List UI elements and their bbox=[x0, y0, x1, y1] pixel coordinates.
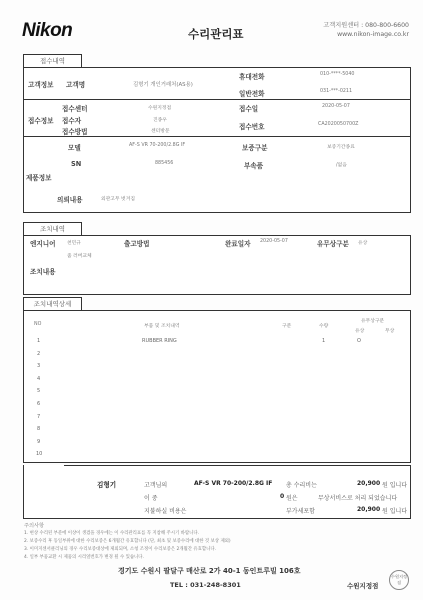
center-value: 수원지정점 bbox=[148, 104, 171, 111]
footer-tel: TEL : 031-248-8301 bbox=[170, 581, 241, 589]
divider bbox=[24, 99, 410, 100]
col-paid-group: 유무상구분 bbox=[361, 317, 384, 324]
reception-box: 고객정보 고객명 김형기 개인거래처(AS용) 휴대전화 010-****-50… bbox=[23, 67, 411, 213]
accessory-label: 부속품 bbox=[244, 160, 263, 170]
note-item: 2. 보증수리 후 동일부위에 대한 수리보증은 6개월간 유효합니다 (단, … bbox=[24, 538, 231, 546]
vat-label: 부가세포함 bbox=[286, 506, 315, 515]
free-unit: 원은 bbox=[286, 493, 298, 502]
tab-reception: 접수내역 bbox=[23, 54, 82, 67]
phone-value: 031-***-0211 bbox=[320, 89, 352, 94]
row-no: 8 bbox=[37, 426, 40, 432]
intake-date-label: 접수일 bbox=[239, 103, 258, 113]
engineer-value: 천민규 bbox=[67, 239, 81, 246]
action-box: 엔지니어 천민규 출고방법 완료일자 2020-05-07 유무상구분 유상 줌… bbox=[23, 235, 411, 295]
action-detail-label: 조치내용 bbox=[30, 266, 55, 276]
total-value: 20,900 bbox=[357, 480, 380, 487]
model-label: 모델 bbox=[68, 142, 81, 152]
sn-value: 885456 bbox=[155, 161, 173, 166]
receiver-label: 접수자 bbox=[62, 115, 81, 125]
row-qty: 1 bbox=[322, 338, 325, 344]
complete-date-label: 완료일자 bbox=[225, 238, 250, 248]
paid-type-label: 유무상구분 bbox=[317, 238, 349, 248]
divider bbox=[24, 136, 410, 137]
sn-label: SN bbox=[71, 160, 81, 168]
col-qty: 수량 bbox=[319, 322, 328, 329]
billing-prefix: 고객님의 bbox=[144, 480, 167, 489]
website-link[interactable]: www.nikon-image.co.kr bbox=[323, 30, 409, 39]
customer-name-value: 김형기 개인거래처(AS용) bbox=[133, 80, 193, 88]
support-phone: 고객지원센터 : 080-800-6600 bbox=[323, 21, 409, 30]
billing-model: AF-S VR 70-200/2.8G IF bbox=[194, 480, 272, 487]
shipping-label: 출고방법 bbox=[124, 238, 149, 248]
billing-box: 김형기 고객님의 AF-S VR 70-200/2.8G IF 총 수리비는 2… bbox=[23, 465, 411, 519]
row-no: 1 bbox=[37, 338, 40, 344]
mobile-value: 010-****-5040 bbox=[320, 72, 354, 77]
row-no: 3 bbox=[37, 363, 40, 369]
col-paid: 유상 bbox=[355, 327, 364, 334]
engineer-label: 엔지니어 bbox=[30, 238, 55, 248]
complete-date-value: 2020-05-07 bbox=[260, 239, 288, 244]
receiver-value: 진종우 bbox=[153, 116, 167, 123]
row-no: 4 bbox=[37, 376, 40, 382]
col-category: 구분 bbox=[282, 322, 291, 329]
row-no: 7 bbox=[37, 414, 40, 420]
accessory-value: /없음 bbox=[336, 161, 347, 168]
payable-value: 20,900 bbox=[357, 506, 380, 513]
intake-number-label: 접수번호 bbox=[239, 121, 264, 131]
request-label: 의뢰내용 bbox=[57, 194, 82, 204]
free-amount: 0 bbox=[280, 493, 284, 500]
footer-address: 경기도 수원시 팔달구 매산로 2가 40-1 동인트루빌 106호 bbox=[118, 566, 301, 576]
free-service-note: 무상서비스로 처리 되었습니다 bbox=[318, 493, 397, 502]
intake-date-value: 2020-05-07 bbox=[322, 104, 350, 109]
intake-number-value: CA2020050700Z bbox=[318, 122, 358, 127]
notes-section: 주의사항 1. 현상 수리된 부분에 이상이 생겼을 경우에는 이 수리관리표를… bbox=[24, 522, 231, 562]
customer-name-label: 고객명 bbox=[66, 79, 85, 89]
row-part: RUBBER RING bbox=[142, 338, 177, 344]
customer-section-label: 고객정보 bbox=[28, 79, 53, 89]
page-title: 수리관리표 bbox=[188, 26, 244, 42]
divider bbox=[64, 465, 410, 466]
action-detail-value: 줌 러버교체 bbox=[67, 252, 92, 259]
nikon-logo: Nikon bbox=[22, 20, 72, 42]
request-value: 외관고무 벗겨짐 bbox=[101, 195, 135, 202]
payable-label: 지불하실 비용은 bbox=[144, 506, 186, 515]
of-which-label: 이 중 bbox=[144, 493, 158, 502]
method-label: 접수방법 bbox=[62, 126, 87, 136]
center-label: 접수센터 bbox=[62, 103, 87, 113]
intake-section-label: 접수정보 bbox=[28, 115, 53, 125]
col-no: NO bbox=[34, 322, 41, 327]
note-item: 1. 현상 수리된 부분에 이상이 생겼을 경우에는 이 수리관리표를 꼭 지참… bbox=[24, 530, 231, 538]
row-paid: O bbox=[357, 338, 361, 344]
tab-action-details: 조치내역상세 bbox=[23, 297, 82, 310]
row-no: 6 bbox=[37, 401, 40, 407]
mobile-label: 휴대전화 bbox=[239, 71, 264, 81]
action-details-table: NO 부품 및 조치내역 구분 수량 유무상구분 유상 무상 1 RUBBER … bbox=[23, 310, 411, 463]
stamp-seal: 수원지정점 bbox=[389, 570, 409, 590]
note-item: 4. 일부 부품교환 시 제품의 시리얼번호가 변경 될 수 있습니다. bbox=[24, 554, 231, 562]
warranty-value: 보증기간종료 bbox=[327, 143, 355, 150]
product-section-label: 제품정보 bbox=[26, 172, 51, 182]
phone-label: 일반전화 bbox=[239, 88, 264, 98]
total-label: 총 수리비는 bbox=[286, 480, 317, 489]
method-value: 센터방문 bbox=[151, 127, 170, 134]
row-no: 5 bbox=[37, 388, 40, 394]
footer-branch: 수원지정점 bbox=[347, 581, 378, 590]
row-no: 10 bbox=[36, 451, 42, 457]
col-free: 무상 bbox=[385, 327, 394, 334]
billing-customer-name: 김형기 bbox=[97, 479, 116, 489]
note-item: 3. 이미지센서클리닝의 경우 수리보증대상에 제외되며, 소청 조정이 수리보… bbox=[24, 546, 231, 554]
total-suffix: 원 입니다 bbox=[382, 480, 407, 489]
payable-suffix: 원 입니다 bbox=[382, 506, 407, 515]
row-no: 9 bbox=[37, 439, 40, 445]
contact-info: 고객지원센터 : 080-800-6600 www.nikon-image.co… bbox=[323, 21, 409, 39]
row-no: 2 bbox=[37, 351, 40, 357]
col-part: 부품 및 조치내역 bbox=[144, 322, 180, 329]
warranty-label: 보증구분 bbox=[242, 142, 267, 152]
notes-title: 주의사항 bbox=[24, 522, 231, 530]
paid-type-value: 유상 bbox=[358, 239, 367, 246]
model-value: AF-S VR 70-200/2.8G IF bbox=[129, 143, 185, 148]
tab-action: 조치내역 bbox=[23, 222, 82, 235]
